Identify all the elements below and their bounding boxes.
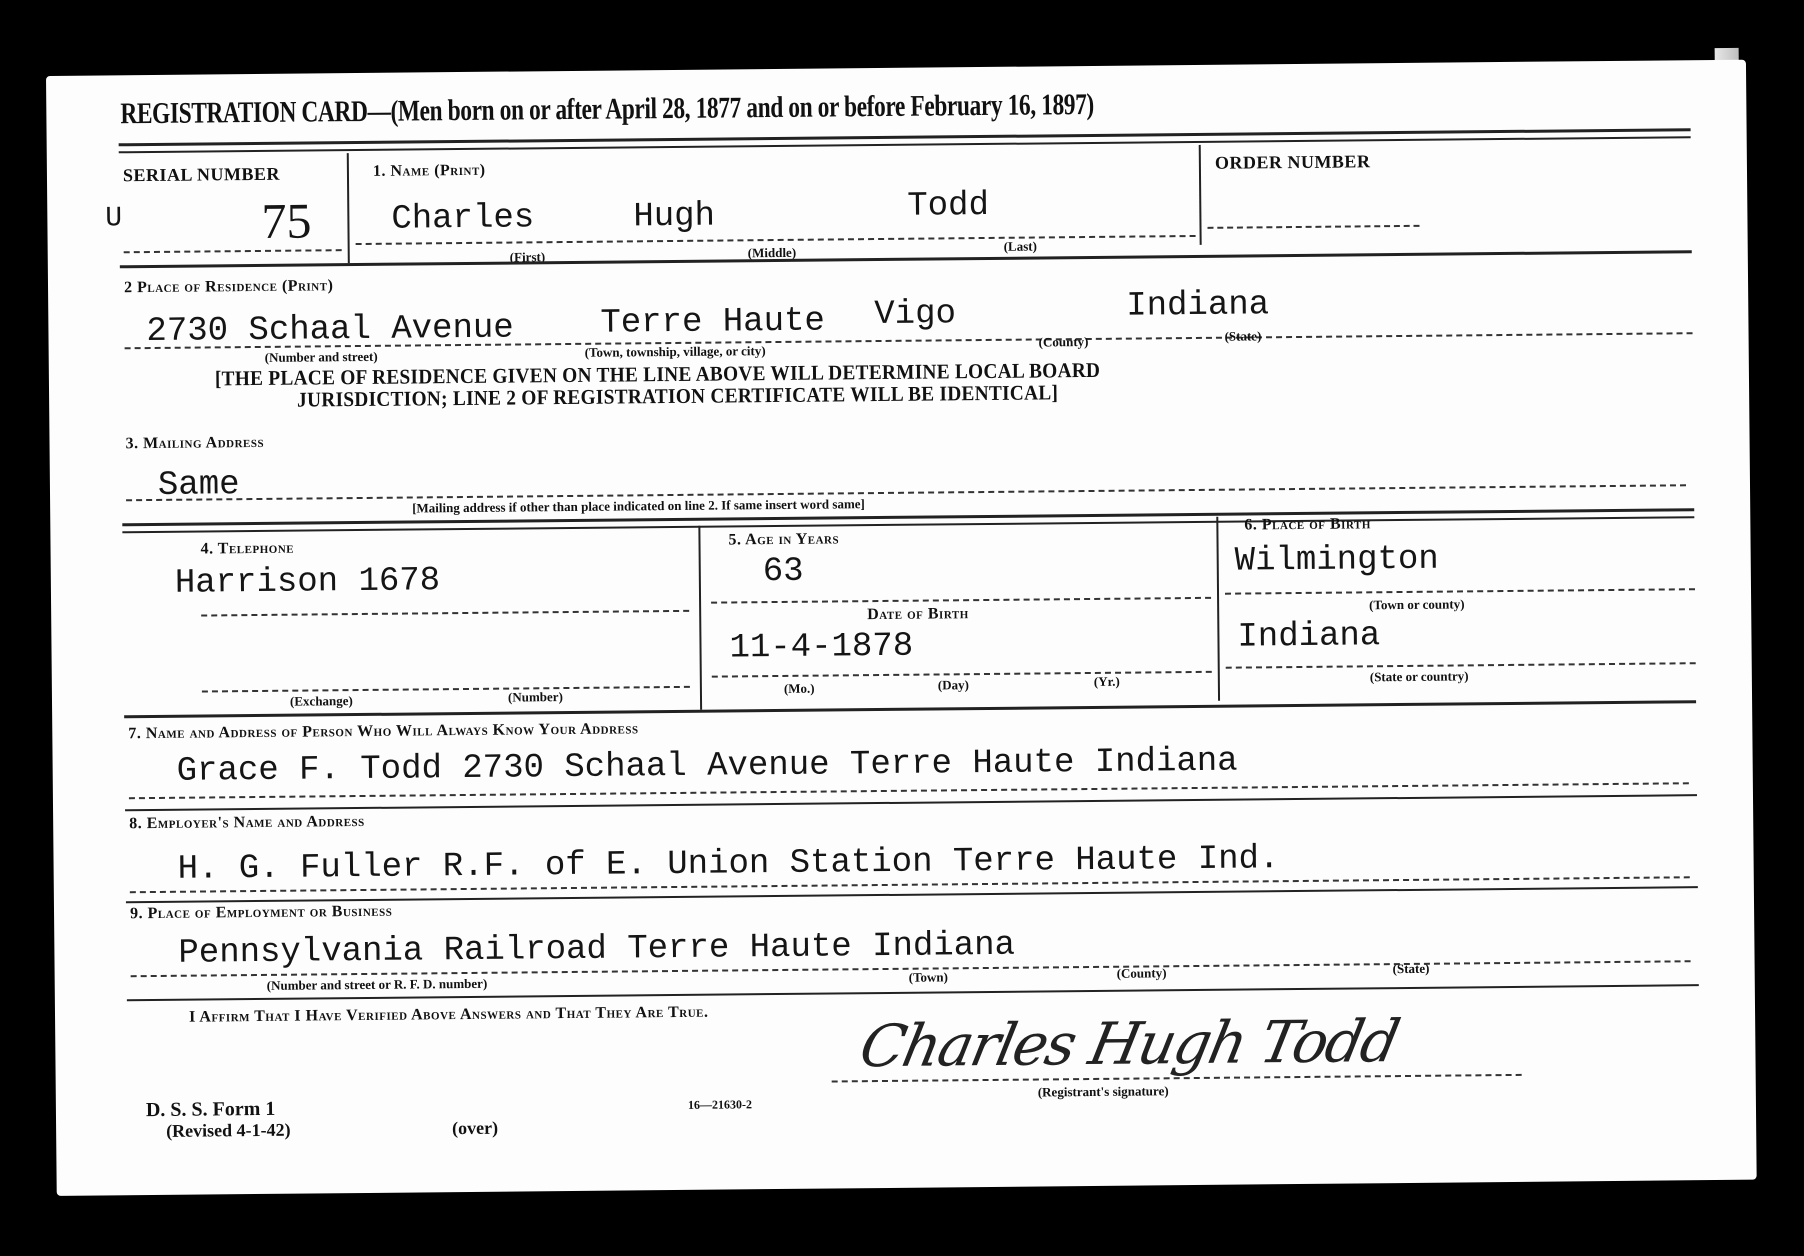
mailing-line xyxy=(126,484,1686,501)
employment-street-caption: (Number and street or R. F. D. number) xyxy=(267,976,488,994)
birthplace-town-line xyxy=(1225,588,1695,595)
birthplace-state[interactable]: Indiana xyxy=(1237,617,1380,656)
serial-number-line xyxy=(124,249,342,253)
registrant-signature: Charles Hugh Todd xyxy=(854,1007,1403,1080)
order-divider xyxy=(1199,145,1202,245)
age-label: 5. Age in Years xyxy=(728,530,839,549)
contact-person-label: 7. Name and Address of Person Who Will A… xyxy=(128,720,638,743)
dob-label: Date of Birth xyxy=(867,605,969,624)
name-last[interactable]: Todd xyxy=(907,187,989,226)
row4-rule xyxy=(124,700,1696,718)
row3-rule-bottom xyxy=(122,516,1694,533)
residence-town[interactable]: Terre Haute xyxy=(600,303,825,343)
order-number-label: ORDER NUMBER xyxy=(1215,151,1371,173)
row1-rule xyxy=(120,250,1692,268)
card-title: REGISTRATION CARD—(Men born on or after … xyxy=(120,88,1094,131)
birthplace-town[interactable]: Wilmington xyxy=(1235,541,1439,581)
dob-value[interactable]: 11-4-1878 xyxy=(729,628,913,668)
telephone-label: 4. Telephone xyxy=(200,540,294,559)
age-value[interactable]: 63 xyxy=(763,553,804,591)
telephone-line-1 xyxy=(201,610,689,617)
form-name: D. S. S. Form 1 xyxy=(146,1098,276,1122)
birthplace-state-caption: (State or country) xyxy=(1370,668,1469,685)
order-number-line xyxy=(1208,225,1420,229)
birthplace-label: 6. Place of Birth xyxy=(1244,515,1371,534)
name-last-caption: (Last) xyxy=(1004,238,1037,254)
name-label: 1. Name (Print) xyxy=(373,162,486,181)
header-rule-bottom xyxy=(119,136,1691,153)
contact-person-value[interactable]: Grace F. Todd 2730 Schaal Avenue Terre H… xyxy=(177,743,1238,791)
telephone-exchange-caption: (Exchange) xyxy=(290,693,353,710)
serial-divider xyxy=(347,153,350,263)
serial-number-label: SERIAL NUMBER xyxy=(123,164,280,187)
residence-town-caption: (Town, township, village, or city) xyxy=(585,343,766,361)
telephone-number-caption: (Number) xyxy=(508,689,563,706)
telephone-divider xyxy=(698,526,702,710)
employment-county-caption: (County) xyxy=(1117,965,1167,981)
over-note: (over) xyxy=(452,1118,498,1139)
name-middle[interactable]: Hugh xyxy=(633,198,715,237)
age-divider xyxy=(1216,517,1220,701)
employment-place-label: 9. Place of Employment or Business xyxy=(130,903,392,924)
residence-state[interactable]: Indiana xyxy=(1126,286,1269,325)
residence-county[interactable]: Vigo xyxy=(874,295,956,334)
mailing-caption: [Mailing address if other than place ind… xyxy=(412,496,865,516)
employment-place-value[interactable]: Pennsylvania Railroad Terre Haute Indian… xyxy=(178,927,1015,973)
employment-state-caption: (State) xyxy=(1393,961,1430,977)
age-line xyxy=(711,597,1211,604)
serial-number-value: 75 xyxy=(261,191,312,249)
name-first[interactable]: Charles xyxy=(391,199,534,238)
employer-label: 8. Employer's Name and Address xyxy=(129,813,365,833)
form-revised: (Revised 4-1-42) xyxy=(166,1120,291,1142)
affirmation-text: I Affirm That I Have Verified Above Answ… xyxy=(189,1004,709,1027)
serial-number-prefix: U xyxy=(105,203,122,234)
employment-town-caption: (Town) xyxy=(909,969,948,985)
print-code: 16—21630-2 xyxy=(688,1097,752,1113)
residence-state-caption: (State) xyxy=(1224,328,1261,344)
telephone-value[interactable]: Harrison 1678 xyxy=(175,562,441,603)
telephone-line-2 xyxy=(202,686,690,693)
signature-caption: (Registrant's signature) xyxy=(1038,1083,1169,1100)
residence-county-caption: (County) xyxy=(1039,334,1089,350)
residence-street-caption: (Number and street) xyxy=(265,349,378,366)
mailing-label: 3. Mailing Address xyxy=(125,434,264,453)
registration-card: REGISTRATION CARD—(Men born on or after … xyxy=(46,60,1757,1196)
dob-year-caption: (Yr.) xyxy=(1094,674,1120,690)
residence-label: 2 Place of Residence (Print) xyxy=(124,277,334,297)
dob-day-caption: (Day) xyxy=(938,677,969,693)
dob-month-caption: (Mo.) xyxy=(784,681,815,697)
birthplace-town-caption: (Town or county) xyxy=(1369,596,1465,613)
